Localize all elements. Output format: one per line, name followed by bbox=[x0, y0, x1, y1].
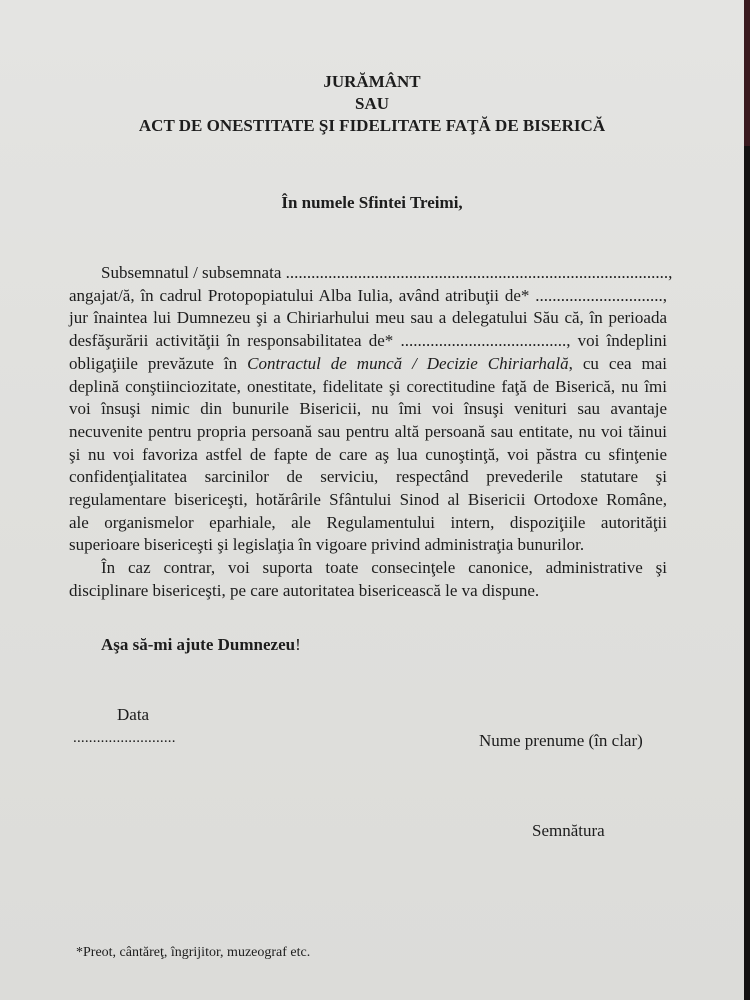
body-line: ale organismelor eparhiale, ale Regulame… bbox=[69, 512, 667, 535]
body-line: regulamentare bisericeşti, hotărârile Sf… bbox=[69, 489, 667, 512]
body-line: disciplinare bisericeşti, pe care autori… bbox=[69, 580, 667, 603]
closing-punctuation: ! bbox=[295, 635, 301, 654]
document-title: JURĂMÂNT SAU ACT DE ONESTITATE ŞI FIDELI… bbox=[0, 71, 744, 137]
document-page: JURĂMÂNT SAU ACT DE ONESTITATE ŞI FIDELI… bbox=[0, 0, 744, 1000]
title-line-oath: JURĂMÂNT bbox=[0, 71, 744, 93]
contract-reference: Contractul de muncă / Decizie Chiriarhal… bbox=[247, 354, 569, 373]
invocation: În numele Sfintei Treimi, bbox=[0, 193, 744, 213]
footnote: *Preot, cântăreţ, îngrijitor, muzeograf … bbox=[76, 945, 310, 961]
body-line-employed: angajat/ă, în cadrul Protopopiatului Alb… bbox=[69, 285, 667, 308]
body-line: jur înaintea lui Dumnezeu şi a Chiriarhu… bbox=[69, 307, 667, 330]
body-line: voi însuşi nimic din bunurile Bisericii,… bbox=[69, 398, 667, 421]
date-field: .......................... bbox=[73, 730, 176, 747]
body-line: superioare bisericeşti şi legislaţia în … bbox=[69, 534, 667, 557]
body-line: necuvenite pentru propria persoană sau p… bbox=[69, 421, 667, 444]
body-line-name: Subsemnatul / subsemnata ...............… bbox=[69, 262, 667, 285]
title-line-or: SAU bbox=[0, 93, 744, 115]
body-line: deplină conştiinciozitate, onestitate, f… bbox=[69, 376, 667, 399]
body-text: obligaţiile prevăzute în bbox=[69, 354, 247, 373]
signature-label: Semnătura bbox=[532, 821, 605, 841]
closing-text: Aşa să-mi ajute Dumnezeu bbox=[101, 635, 295, 654]
date-label: Data bbox=[117, 705, 149, 725]
body-line-responsibility: desfăşurării activităţii în responsabili… bbox=[69, 330, 667, 353]
body-line: şi nu voi favoriza astfel de fapte de ca… bbox=[69, 444, 667, 467]
name-label: Nume prenume (în clar) bbox=[479, 731, 643, 751]
body-line-consequences: În caz contrar, voi suporta toate consec… bbox=[69, 557, 667, 580]
body-line: confidenţialitatea sarcinilor de servici… bbox=[69, 466, 667, 489]
body-text: , cu cea mai bbox=[569, 354, 667, 373]
closing-phrase: Aşa să-mi ajute Dumnezeu! bbox=[101, 635, 301, 655]
body-line-obligations: obligaţiile prevăzute în Contractul de m… bbox=[69, 353, 667, 376]
title-line-act: ACT DE ONESTITATE ŞI FIDELITATE FAŢĂ DE … bbox=[0, 115, 744, 137]
oath-body: Subsemnatul / subsemnata ...............… bbox=[69, 262, 667, 603]
